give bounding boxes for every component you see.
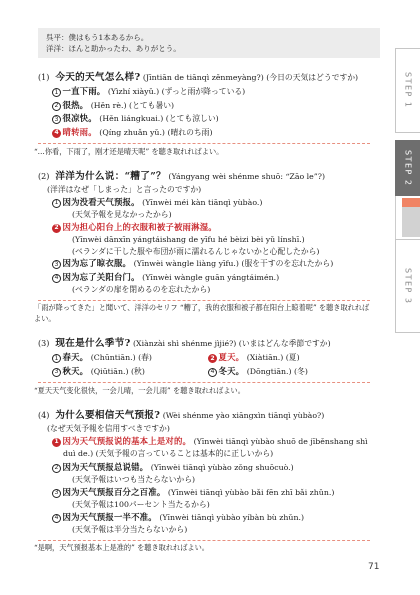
option-japanese: (天気予報の言っていることは基本的に正しいから): [96, 449, 274, 458]
question-4-japanese: (なぜ天気予報を信用すべきですか): [47, 423, 370, 435]
option-pinyin: (Yīnwèi tiānqì yùbào zǒng shuōcuò.): [151, 463, 294, 472]
option: 2很热。 (Hěn rè.) (とても暑い): [52, 99, 370, 113]
question-1-pinyin: (Jīntiān de tiānqì zěnmeyàng?): [143, 73, 264, 82]
option-number: 1: [52, 88, 61, 97]
option-number: 2: [52, 102, 61, 111]
option-chinese: 很凉快。: [63, 113, 97, 123]
option-japanese: (秋): [131, 367, 145, 376]
tab-step-1[interactable]: STEP 1: [395, 48, 420, 133]
question-3-answer-note: “夏天天气变化很快，一会儿晴，一会儿雨” を聴き取れればよい。: [34, 386, 370, 397]
option-chinese: 因为忘了晾衣服。: [63, 258, 132, 268]
option-japanese: (夏): [286, 353, 300, 362]
option-pinyin: (Yīnwèi méi kàn tiānqì yùbào.): [142, 198, 262, 207]
question-4-heading: (4)为什么要相信天气预报? (Wèi shénme yào xiāngxìn …: [38, 409, 370, 435]
option-chinese: 因为天气预报一半不准。: [63, 512, 157, 522]
option-number: 2: [52, 464, 61, 473]
question-2-heading: (2)洋洋为什么说：“糟了”？ (Yángyang wèi shénme shu…: [38, 170, 370, 196]
question-1: (1)今天的天气怎么样? (Jīntiān de tiānqì zěnmeyàn…: [38, 71, 370, 157]
option-pinyin: (Chūntiān.): [91, 353, 136, 362]
option-japanese: (とても涼しい): [166, 114, 219, 123]
question-3: (3)现在是什么季节? (Xiànzài shì shénme jìjié?) …: [38, 337, 370, 396]
option-chinese: 因为担心阳台上的衣服和被子被雨淋湿。: [63, 222, 217, 232]
question-3-pinyin: (Xiànzài shì shénme jìjié?): [133, 339, 236, 348]
option: 3因为天气预报百分之百准。 (Yīnwèi tiānqì yùbào bǎi f…: [52, 486, 370, 511]
page-number: 71: [368, 562, 379, 572]
option-number: 3: [52, 368, 61, 377]
option-number: 3: [52, 260, 61, 269]
option-chinese: 因为没看天气预报。: [63, 197, 140, 207]
option-number: 4: [52, 514, 61, 523]
question-1-heading: (1)今天的天气怎么样? (Jīntiān de tiānqì zěnmeyàn…: [38, 71, 370, 85]
textbook-page: { "page_number": "71", "steps": { "step1…: [0, 0, 420, 595]
option-correct: 2夏天。 (Xiàtiān.) (夏): [208, 351, 364, 365]
question-2-japanese: (洋洋はなぜ「しまった」と言ったのですか): [47, 184, 370, 196]
option-pinyin: (Qiūtiān.): [91, 367, 129, 376]
correct-answer-badge: 4: [52, 129, 61, 138]
question-3-number: (3): [38, 339, 49, 348]
question-1-chinese: 今天的天气怎么样?: [55, 72, 140, 83]
option-chinese: 春天。: [63, 352, 89, 362]
option: 1一直下雨。 (Yìzhí xiàyǔ.) (ずっと雨が降っている): [52, 85, 370, 99]
option-chinese: 冬天。: [219, 366, 245, 376]
question-1-japanese: (今日の天気はどうですか): [266, 73, 358, 82]
dialogue-line-1: 呉平：僕はもう1本あるから。: [46, 32, 372, 43]
option: 1因为没看天气预报。 (Yīnwèi méi kàn tiānqì yùbào.…: [52, 196, 370, 221]
option-chinese: 夏天。: [219, 352, 245, 362]
question-4-options: 1因为天气预报说的基本上是对的。 (Yīnwèi tiānqì yùbào sh…: [52, 435, 370, 536]
option-pinyin: (Hěn rè.): [91, 101, 127, 110]
answer-divider: [38, 143, 370, 144]
option-chinese: 很热。: [63, 100, 89, 110]
question-3-japanese: (いまはどんな季節ですか): [239, 339, 331, 348]
question-2: (2)洋洋为什么说：“糟了”？ (Yángyang wèi shénme shu…: [38, 170, 370, 324]
option-correct: 1因为天气预报说的基本上是对的。 (Yīnwèi tiānqì yùbào sh…: [52, 435, 370, 461]
option: 4因为忘了关阳台门。 (Yīnwèi wàngle guān yángtáimé…: [52, 271, 370, 296]
section-indicator-gray: [402, 207, 420, 237]
option-number: 1: [52, 199, 61, 208]
answer-divider: [38, 382, 370, 383]
option-japanese: (天気予報は100パーセント当たるから): [72, 499, 370, 511]
question-3-heading: (3)现在是什么季节? (Xiànzài shì shénme jìjié?) …: [38, 337, 370, 351]
option-japanese: (ずっと雨が降っている): [162, 87, 246, 96]
option-pinyin: (Yīnwèi tiānqì yùbào bǎi fēn zhī bǎi zhǔ…: [168, 488, 334, 497]
option-chinese: 秋天。: [63, 366, 89, 376]
question-1-number: (1): [38, 73, 49, 82]
option: 4冬天。 (Dōngtiān.) (冬): [208, 365, 364, 379]
page-content: 呉平：僕はもう1本あるから。 洋洋：ほんと助かったわ、ありがとう。 (1)今天的…: [38, 28, 370, 554]
question-4-number: (4): [38, 411, 49, 420]
question-3-chinese: 现在是什么季节?: [55, 338, 130, 349]
question-4: (4)为什么要相信天气预报? (Wèi shénme yào xiāngxìn …: [38, 409, 370, 554]
option-correct: 4晴转雨。 (Qíng zhuǎn yǔ.) (晴れのち雨): [52, 126, 370, 140]
option-chinese: 因为天气预报说的基本上是对的。: [63, 436, 192, 446]
option-pinyin: (Xiàtiān.): [247, 353, 284, 362]
option-pinyin: (Hěn liángkuai.): [99, 114, 163, 123]
option-japanese: (ベランダに干した服や布団が雨に濡れるんじゃないかと心配したから): [72, 246, 370, 258]
option-japanese: (冬): [294, 367, 308, 376]
option-correct: 2因为担心阳台上的衣服和被子被雨淋湿。(Yīnwèi dānxīn yángtá…: [52, 221, 370, 258]
option-pinyin: (Yīnwèi wàngle liàng yīfu.): [134, 259, 239, 268]
question-4-answer-note: “是啊，天气预报基本上是准的” を聴き取れればよい。: [34, 543, 370, 554]
option: 3秋天。 (Qiūtiān.) (秋): [52, 365, 208, 379]
option-number: 4: [52, 274, 61, 283]
option-japanese: (ベランダの扉を閉めるのを忘れたから): [72, 284, 370, 296]
option-japanese: (服を干すのを忘れたから): [241, 259, 333, 268]
option-pinyin: (Yīnwèi wàngle guān yángtáimén.): [142, 273, 279, 282]
answer-divider: [38, 300, 370, 301]
option: 3很凉快。 (Hěn liángkuai.) (とても涼しい): [52, 112, 370, 126]
option: 4因为天气预报一半不准。 (Yīnwèi tiānqì yùbào yíbàn …: [52, 511, 370, 536]
option-pinyin: (Qíng zhuǎn yǔ.): [99, 128, 165, 137]
correct-answer-badge: 1: [52, 438, 61, 447]
dialogue-quote-box: 呉平：僕はもう1本あるから。 洋洋：ほんと助かったわ、ありがとう。: [38, 28, 380, 58]
question-2-pinyin: (Yángyang wèi shénme shuō: “Zāo le”?): [168, 172, 325, 181]
tab-step-2-active[interactable]: STEP 2: [395, 140, 420, 196]
option-chinese: 一直下雨。: [63, 86, 106, 96]
question-2-options: 1因为没看天气预报。 (Yīnwèi méi kàn tiānqì yùbào.…: [52, 196, 370, 296]
correct-answer-badge: 2: [208, 354, 217, 363]
option-japanese: (晴れのち雨): [167, 128, 212, 137]
correct-answer-badge: 2: [52, 224, 61, 233]
answer-divider: [38, 540, 370, 541]
option-chinese: 晴转雨。: [63, 127, 97, 137]
option: 1春天。 (Chūntiān.) (春): [52, 351, 208, 365]
question-2-chinese: 洋洋为什么说：“糟了”？: [55, 171, 166, 182]
option-chinese: 因为天气预报总说错。: [63, 462, 149, 472]
option-pinyin: (Yìzhí xiàyǔ.): [108, 87, 159, 96]
option-japanese: (天気予報を見なかったから): [72, 209, 370, 221]
option-pinyin: (Yīnwèi tiānqì yùbào yíbàn bù zhǔn.): [159, 513, 304, 522]
question-1-answer-note: “…你看，下雨了，刚才还是晴天呢” を聴き取れればよい。: [34, 147, 370, 158]
tab-step-3[interactable]: STEP 3: [395, 239, 420, 333]
option-chinese: 因为天气预报百分之百准。: [63, 487, 166, 497]
option-pinyin: (Dōngtiān.): [247, 367, 292, 376]
option-pinyin: (Yīnwèi dānxīn yángtáishang de yīfu hé b…: [72, 234, 370, 246]
option: 3因为忘了晾衣服。 (Yīnwèi wàngle liàng yīfu.) (服…: [52, 257, 370, 271]
option: 2因为天气预报总说错。 (Yīnwèi tiānqì yùbào zǒng sh…: [52, 461, 370, 486]
option-number: 4: [208, 368, 217, 377]
option-chinese: 因为忘了关阳台门。: [63, 272, 140, 282]
option-japanese: (とても暑い): [129, 101, 174, 110]
option-number: 3: [52, 489, 61, 498]
question-1-options: 1一直下雨。 (Yìzhí xiàyǔ.) (ずっと雨が降っている) 2很热。 …: [52, 85, 370, 139]
option-japanese: (天気予報はいつも当たらないから): [72, 474, 370, 486]
option-number: 3: [52, 115, 61, 124]
question-4-pinyin: (Wèi shénme yào xiāngxìn tiānqì yùbào?): [163, 411, 325, 420]
option-number: 1: [52, 354, 61, 363]
section-indicator-orange: [402, 198, 420, 207]
question-3-options: 1春天。 (Chūntiān.) (春) 2夏天。 (Xiàtiān.) (夏)…: [52, 351, 370, 378]
tab-hairline: [395, 196, 396, 239]
question-2-number: (2): [38, 172, 49, 181]
question-4-chinese: 为什么要相信天气预报?: [55, 410, 160, 421]
option-japanese: (春): [138, 353, 152, 362]
dialogue-line-2: 洋洋：ほんと助かったわ、ありがとう。: [46, 43, 372, 54]
option-japanese: (天気予報は半分当たらないから): [72, 524, 370, 536]
question-2-answer-note: 「雨が降ってきた」と聞いて、洋洋のセリフ “糟了，我的衣服和被子都在阳台上晾着呢…: [34, 303, 370, 324]
